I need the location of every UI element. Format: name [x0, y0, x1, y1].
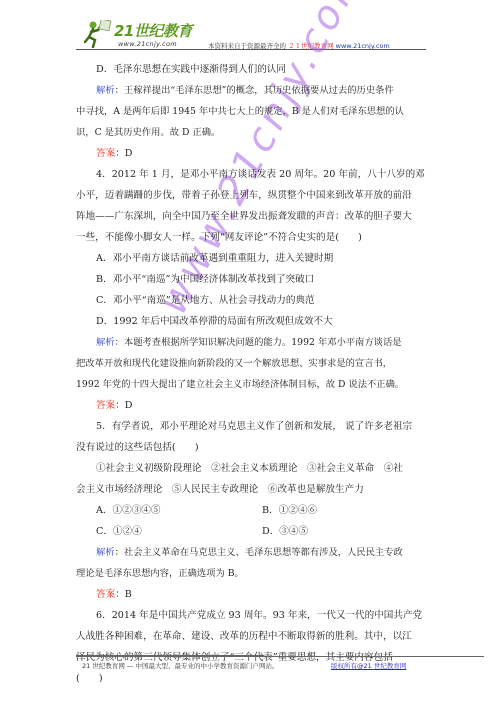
analysis-label: 解析	[96, 85, 115, 96]
answer-label: 答案	[96, 148, 115, 159]
q5-items-line: 会主义市场经济理论 ⑤人民民主专政理论 ⑥改革也是解放生产力	[76, 479, 428, 500]
q4-stem-line: 一些，不能像小脚女人一样。下列“网友评论”不符合史实的是( )	[76, 227, 428, 248]
q6-stem-line: 6．2014 年是中国共产党成立 93 周年。93 年来，一代又一代的中国共产党	[76, 605, 428, 626]
q5-options-row: C．①②④ D．③④⑤	[76, 521, 428, 542]
footer-copyright-link[interactable]: 版权所有@21 世纪教育网	[331, 661, 406, 670]
page-header: 21世纪教育 www.21cnjy.com 本资料来自于资源最齐全的 ２１世纪教…	[76, 12, 426, 52]
q5-option-c: C．①②④	[96, 521, 262, 542]
site-logo[interactable]: 21世纪教育 www.21cnjy.com	[84, 14, 204, 50]
q3-answer: 答案：D	[76, 143, 428, 164]
q3-analysis-line: 解析：王稼祥提出“毛泽东思想”的概念，其历史依据要从过去的历史条件	[76, 80, 428, 101]
q4-option-b: B．邓小平“南巡”为中国经济体制改革找到了突破口	[76, 269, 428, 290]
analysis-label: 解析	[96, 337, 115, 348]
document-body: D．毛泽东思想在实践中逐渐得到人们的认同 解析：王稼祥提出“毛泽东思想”的概念，…	[76, 59, 428, 689]
q4-analysis-line: 1992 年党的十四大提出了建立社会主义市场经济体制目标，故 D 说法不正确。	[76, 374, 428, 395]
q4-stem-line: 小平，迈着蹒跚的步伐，带着子孙登上列车，纵贯整个中国来到改革开放的前沿	[76, 185, 428, 206]
q5-option-b: B．①②④⑥	[262, 500, 428, 521]
logo-text: 21世纪教育	[114, 20, 192, 41]
q5-analysis-line: 解析：社会主义革命在马克思主义、毛泽东思想等都有涉及，人民民主专政	[76, 542, 428, 563]
q5-items-line: ①社会主义初级阶段理论 ②社会主义本质理论 ③社会主义革命 ④社	[76, 458, 428, 479]
answer-label: 答案	[96, 400, 115, 411]
q4-option-a: A．邓小平南方谈话前改革遇到重重阻力，进入关键时期	[76, 248, 428, 269]
q4-stem-line: 4．2012 年 1 月，是邓小平南方谈话发表 20 周年。20 年前，八十八岁…	[76, 164, 428, 185]
runner-logo-icon	[84, 20, 112, 48]
q5-answer: 答案：B	[76, 584, 428, 605]
q4-analysis-line: 解析：本题考查根据所学知识解决问题的能力。1992 年邓小平南方谈话是	[76, 332, 428, 353]
q6-stem-line: ( )	[76, 668, 428, 689]
q5-option-a: A．①②③④⑤	[96, 500, 262, 521]
q6-stem-line: 人战胜各种困难，在革命、建设、改革的历程中不断取得新的胜利。其中，以江	[76, 626, 428, 647]
header-divider	[76, 49, 426, 50]
answer-label: 答案	[96, 589, 115, 600]
q3-analysis-line: 识，C 是其历史作用。故 D 正确。	[76, 122, 428, 143]
footer-text: 21 世纪教育网 — 中国最大型、最专业的中小学教育资源门户网站。	[82, 661, 278, 670]
footer-divider	[76, 656, 484, 657]
q5-stem-line: 没有说过的这些话包括( )	[76, 437, 428, 458]
q3-option-d: D．毛泽东思想在实践中逐渐得到人们的认同	[76, 59, 428, 80]
analysis-label: 解析	[96, 547, 115, 558]
q4-option-c: C．邓小平“南巡”是从地方、从社会寻找动力的典范	[76, 290, 428, 311]
q5-stem-line: 5．有学者说，邓小平理论对马克思主义作了创新和发展， 说了许多老祖宗	[76, 416, 428, 437]
q5-option-d: D．③④⑤	[262, 521, 428, 542]
q4-option-d: D．1992 年后中国改革停滞的局面有所改观但成效不大	[76, 311, 428, 332]
q4-stem-line: 阵地——广东深圳，向全中国乃至全世界发出振聋发聩的声音：改革的胆子要大	[76, 206, 428, 227]
logo-url: www.21cnjy.com	[118, 40, 177, 48]
q5-analysis-line: 理论是毛泽东思想内容，正确选项为 B。	[76, 563, 428, 584]
q4-analysis-line: 把改革开放和现代化建设推向新阶段的又一个解放思想、实事求是的宣言书，	[76, 353, 428, 374]
q4-answer: 答案：D	[76, 395, 428, 416]
q5-options-row: A．①②③④⑤ B．①②④⑥	[76, 500, 428, 521]
q3-analysis-line: 中寻找，A 是两年后即 1945 年中共七大上的规定，B 是人们对毛泽东思想的认	[76, 101, 428, 122]
